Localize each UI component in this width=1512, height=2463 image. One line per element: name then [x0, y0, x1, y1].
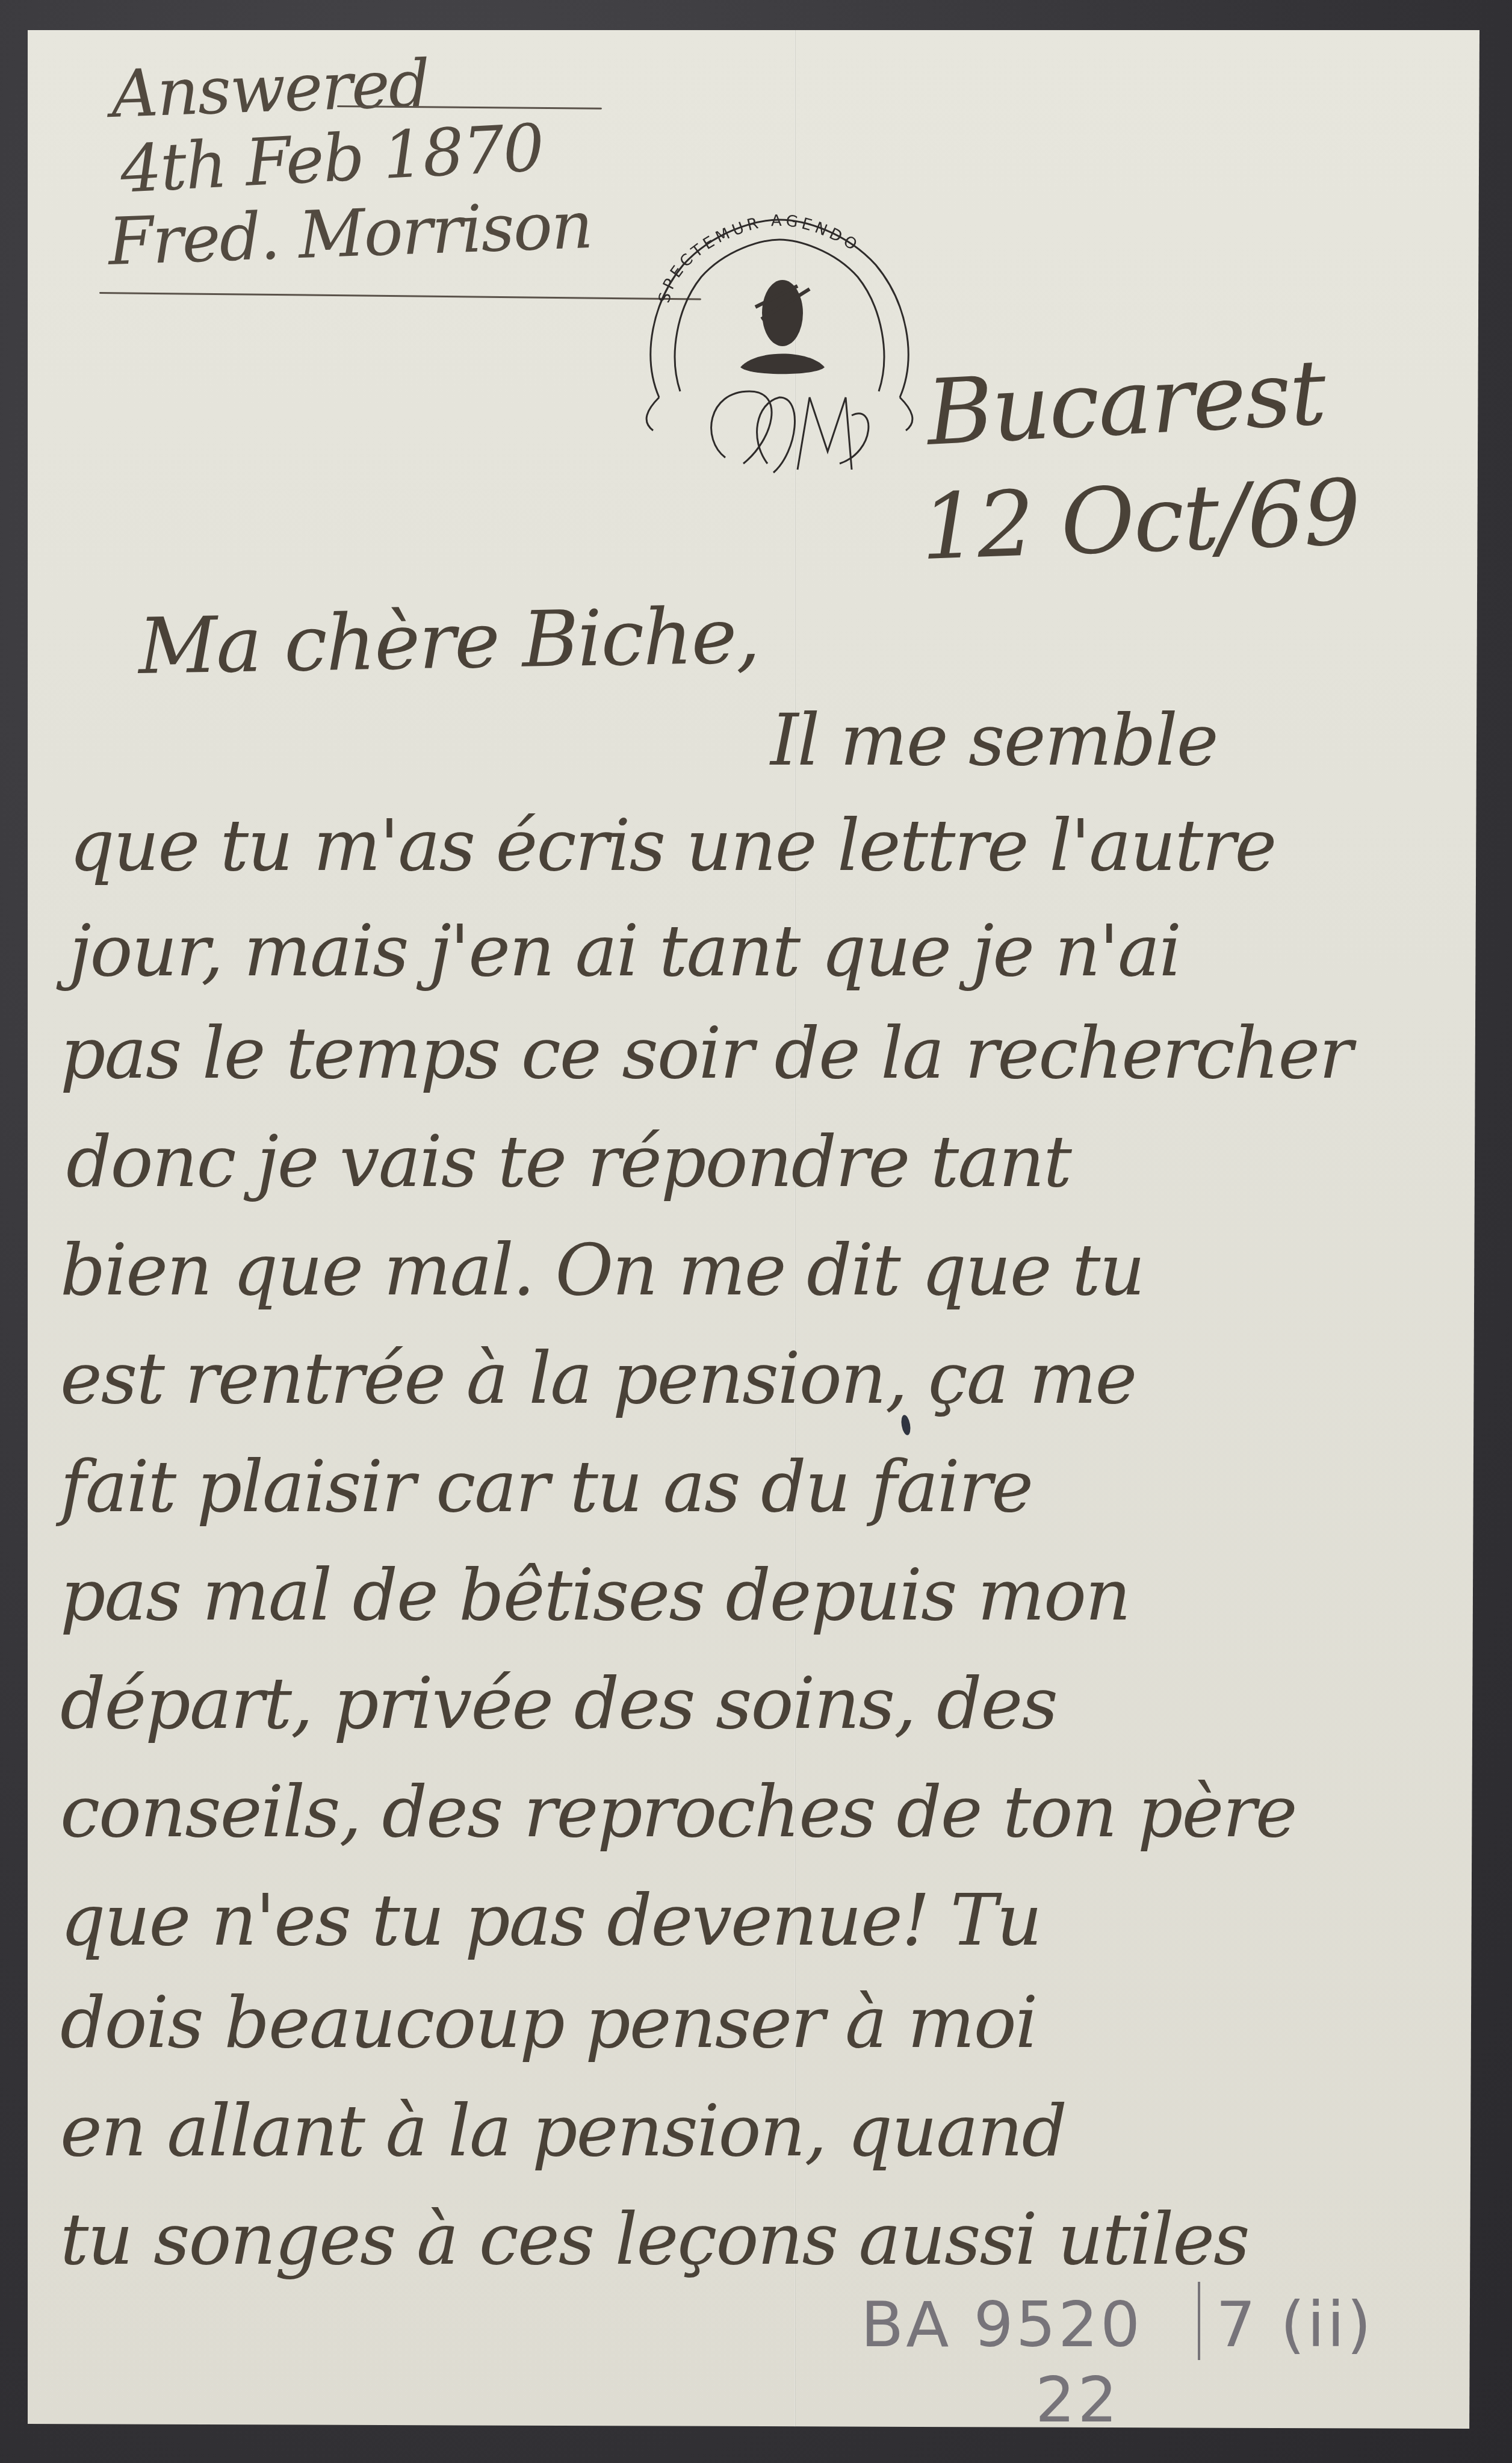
body-line: est rentrée à la pension, ça me	[60, 1337, 1136, 1420]
body-line: Il me semble	[770, 698, 1217, 781]
body-line: fait plaisir car tu as du faire	[60, 1445, 1032, 1528]
body-line: dois beaucoup penser à moi	[60, 1981, 1036, 2064]
body-line: donc je vais te répondre tant	[66, 1120, 1071, 1203]
archive-reference: BA 9520	[861, 2288, 1142, 2361]
letter-place: Bucarest	[924, 340, 1327, 465]
salutation: Ma chère Biche,	[138, 591, 760, 692]
svg-text:SPECTEMUR AGENDO: SPECTEMUR AGENDO	[655, 212, 863, 305]
body-line: que n'es tu pas devenue! Tu	[60, 1878, 1041, 1961]
svg-text:CM: CM	[779, 475, 780, 476]
family-crest-icon: SPECTEMUR AGENDO CM	[635, 199, 924, 476]
body-line: que tu m'as écris une lettre l'autre	[69, 804, 1275, 887]
body-line: pas le temps ce soir de la rechercher	[60, 1011, 1352, 1095]
archive-divider	[1198, 2282, 1200, 2360]
body-line: bien que mal. On me dit que tu	[60, 1228, 1144, 1311]
body-line: départ, privée des soins, des	[60, 1662, 1057, 1745]
body-line: en allant à la pension, quand	[60, 2089, 1066, 2172]
body-line: conseils, des reproches de ton père	[60, 1770, 1297, 1853]
body-line: jour, mais j'en ai tant que je n'ai	[69, 909, 1180, 992]
archive-item: 7 (ii)	[1216, 2288, 1374, 2361]
body-line: tu songes à ces leçons aussi utiles	[60, 2197, 1249, 2281]
archive-folio: 22	[1035, 2363, 1120, 2437]
body-line: pas mal de bêtises depuis mon	[60, 1553, 1130, 1636]
letter-date: 12 Oct/69	[919, 461, 1362, 580]
